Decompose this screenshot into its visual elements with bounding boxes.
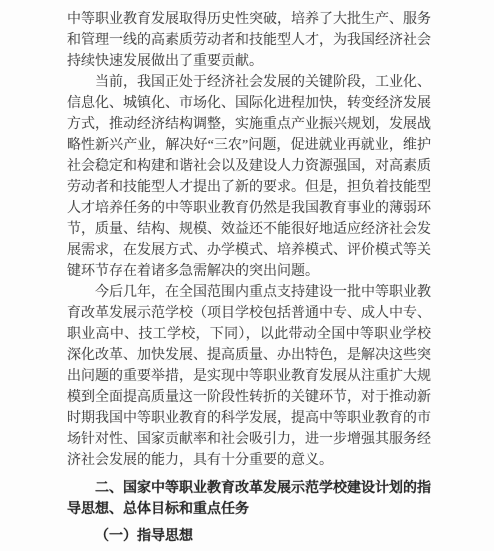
paragraph-current-situation: 当前，我国正处于经济社会发展的关键阶段，工业化、信息化、城镇化、市场化、国际化进… xyxy=(67,72,431,282)
sub-heading-guiding-ideology: （一）指导思想 xyxy=(67,526,431,547)
paragraph-continuation: 中等职业教育发展取得历史性突破，培养了大批生产、服务和管理一线的高素质劳动者和技… xyxy=(67,9,431,72)
section-heading: 二、国家中等职业教育改革发展示范学校建设计划的指导思想、总体目标和重点任务 xyxy=(67,478,431,520)
paragraph-plan-significance: 今后几年，在全国范围内重点支持建设一批中等职业教育改革发展示范学校（项目学校包括… xyxy=(67,282,431,471)
document-page: 中等职业教育发展取得历史性突破，培养了大批生产、服务和管理一线的高素质劳动者和技… xyxy=(0,0,494,551)
